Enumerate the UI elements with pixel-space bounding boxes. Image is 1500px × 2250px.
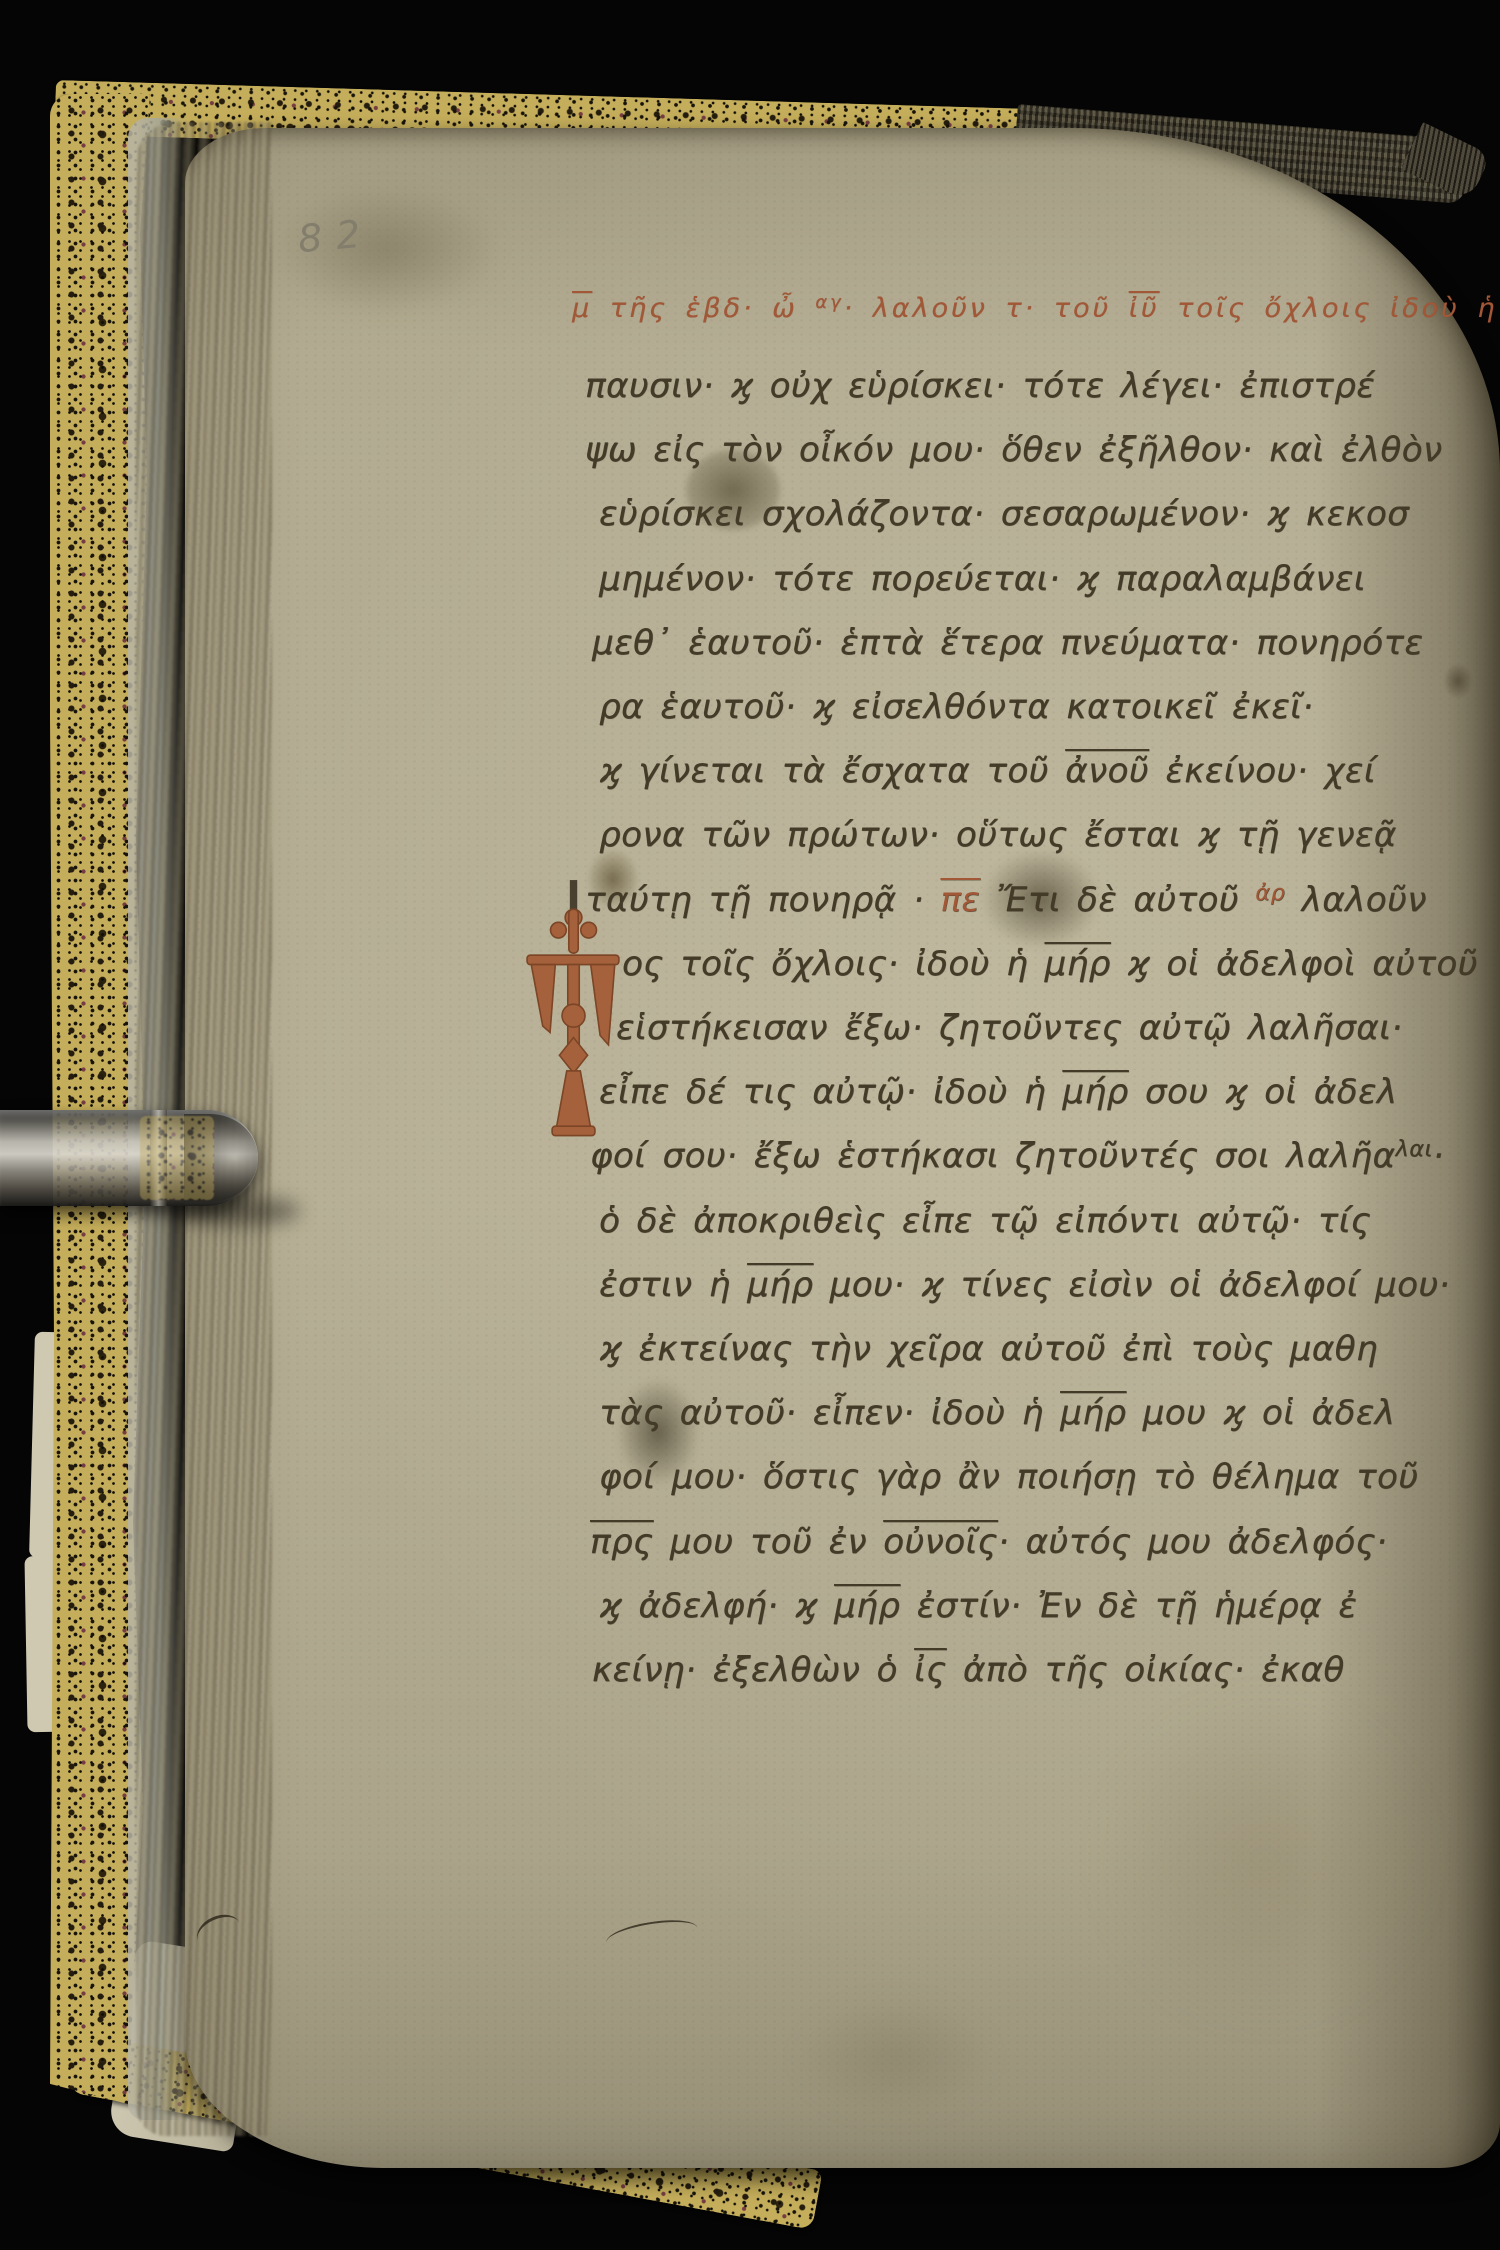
text-segment: λαι: [1395, 1136, 1432, 1162]
decorated-initial-psi: [520, 878, 626, 1170]
text-segment: φοί μου· ὅστις γὰρ ἂν ποιήσῃ τὸ θέλημα τ…: [599, 1457, 1418, 1497]
photo-backdrop: { "colors":{ "background":"#050505", "pa…: [0, 0, 1500, 2250]
manuscript-text-line: φοί σου· ἔξω ἑστήκασι ζητοῦντές σοι λαλῆ…: [590, 1136, 1444, 1176]
text-segment: μήρ: [747, 1265, 813, 1305]
manuscript-text-line: ταύτῃ τῇ πονηρᾷ · πε Ἔτι δὲ αὐτοῦ ἀρ λαλ…: [585, 880, 1427, 920]
text-segment: ϗ ἐκτείνας τὴν χεῖρα αὐτοῦ ἐπὶ τοὺς μαθη: [599, 1329, 1378, 1369]
text-segment: κείνῃ· ἐξελθὼν ὁ: [592, 1650, 914, 1690]
text-segment: ρονα τῶν πρώτων· οὕτως ἔσται ϗ τῇ γενεᾷ: [599, 815, 1397, 855]
text-segment: · αὐτός μου ἀδελφός·: [998, 1522, 1387, 1562]
text-segment: οὐνοῖς: [883, 1522, 998, 1562]
initial-body: [527, 955, 619, 1135]
text-segment: ϗ οἱ ἀδελφοὶ αὐτοῦ: [1111, 944, 1478, 984]
manuscript-text-line: φοί μου· ὅστις γὰρ ἂν ποιήσῃ τὸ θέλημα τ…: [599, 1457, 1418, 1497]
manuscript-text-line: ψω εἰς τὸν οἶκόν μου· ὅθεν ἐξῆλθον· καὶ …: [585, 430, 1442, 470]
text-segment: μήρ: [1044, 944, 1110, 984]
text-segment: λαλοῦν: [1285, 880, 1426, 920]
manuscript-text-line: εἱστήκεισαν ἔξω· ζητοῦντες αὐτῷ λαλῆσαι·: [616, 1008, 1402, 1048]
text-segment: παυσιν· ϗ οὐχ εὑρίσκει· τότε λέγει· ἐπισ…: [585, 366, 1375, 406]
cross-finial-icon: [551, 880, 597, 953]
manuscript-text-line: εὑρίσκει σχολάζοντα· σεσαρωμένον· ϗ κεκο…: [599, 494, 1409, 534]
manuscript-text-line: παυσιν· ϗ οὐχ εὑρίσκει· τότε λέγει· ἐπισ…: [585, 366, 1375, 406]
manuscript-text-line: ϗ γίνεται τὰ ἔσχατα τοῦ ἀνοῦ ἐκείνου· χε…: [599, 751, 1376, 791]
text-segment: ἐστιν ἡ: [599, 1265, 747, 1305]
text-segment: Ἔτι δὲ αὐτοῦ: [980, 880, 1255, 920]
text-segment: φοί σου· ἔξω ἑστήκασι ζητοῦντές σοι λαλῆ…: [590, 1137, 1395, 1177]
manuscript-text-line: ϗ ἀδελφή· ϗ μήρ ἐστίν· Ἐν δὲ τῇ ἡμέρᾳ ἐ: [599, 1586, 1357, 1626]
text-segment: ταύτῃ τῇ πονηρᾷ ·: [585, 880, 940, 920]
manuscript-text-line: ος τοῖς ὄχλοις· ἰδοὺ ἡ μήρ ϗ οἱ ἀδελφοὶ …: [622, 944, 1478, 984]
text-segment: ὁ δὲ ἀποκριθεὶς εἶπε τῷ εἰπόντι αὐτῷ· τί…: [599, 1201, 1371, 1241]
text-segment: ἐκείνου· χεί: [1149, 751, 1376, 791]
text-segment: σου ϗ οἱ ἀδελ: [1129, 1072, 1398, 1112]
text-segment: ϗ γίνεται τὰ ἔσχατα τοῦ: [599, 751, 1065, 791]
text-segment: πρς: [590, 1522, 654, 1562]
manuscript-text-line: εἶπε δέ τις αὐτῷ· ἰδοὺ ἡ μήρ σου ϗ οἱ ἀδ…: [599, 1072, 1397, 1112]
text-segment: μήρ: [1062, 1072, 1128, 1112]
text-segment: ἰς: [914, 1650, 946, 1690]
manuscript-text-line: ρα ἑαυτοῦ· ϗ εἰσελθόντα κατοικεῖ ἐκεῖ·: [599, 687, 1313, 727]
text-segment: ρα ἑαυτοῦ· ϗ εἰσελθόντα κατοικεῖ ἐκεῖ·: [599, 687, 1313, 727]
manuscript-text-line: ρονα τῶν πρώτων· οὕτως ἔσται ϗ τῇ γενεᾷ: [599, 815, 1397, 855]
text-segment: εἱστήκεισαν ἔξω· ζητοῦντες αὐτῷ λαλῆσαι·: [616, 1008, 1402, 1048]
text-segment: ἀπὸ τῆς οἰκίας· ἐκαθ: [947, 1650, 1345, 1690]
text-segment: ·: [1433, 1137, 1444, 1177]
text-segment: εὑρίσκει σχολάζοντα· σεσαρωμένον· ϗ κεκο…: [599, 494, 1409, 534]
manuscript-text-line: ϗ ἐκτείνας τὴν χεῖρα αὐτοῦ ἐπὶ τοὺς μαθη: [599, 1329, 1378, 1369]
text-segment: μου τοῦ ἐν: [654, 1522, 884, 1562]
text-segment: τὰς αὐτοῦ· εἶπεν· ἰδοὺ ἡ: [599, 1393, 1060, 1433]
text-segment: ψω εἰς τὸν οἶκόν μου· ὅθεν ἐξῆλθον· καὶ …: [585, 430, 1442, 470]
text-segment: μου ϗ οἱ ἀδελ: [1126, 1393, 1395, 1433]
manuscript-text-line: μεθ᾽ ἑαυτοῦ· ἑπτὰ ἕτερα πνεύματα· πονηρό…: [592, 623, 1423, 663]
text-segment: εἶπε δέ τις αὐτῷ· ἰδοὺ ἡ: [599, 1072, 1062, 1112]
manuscript-text-line: ἐστιν ἡ μήρ μου· ϗ τίνες εἰσὶν οἱ ἀδελφο…: [599, 1265, 1450, 1305]
glass-rod-weight: [0, 1110, 258, 1206]
text-segment: μου· ϗ τίνες εἰσὶν οἱ ἀδελφοί μου·: [813, 1265, 1450, 1305]
manuscript-text-line: μημένον· τότε πορεύεται· ϗ παραλαμβάνει: [599, 559, 1366, 599]
text-segment: ἐστίν· Ἐν δὲ τῇ ἡμέρᾳ ἐ: [900, 1586, 1357, 1626]
text-segment: μήρ: [834, 1586, 900, 1626]
text-segment: ἀρ: [1255, 880, 1285, 906]
text-segment: ἀνοῦ: [1065, 751, 1149, 791]
glass-rod-refraction: [140, 1116, 214, 1200]
manuscript-text-line: πρς μου τοῦ ἐν οὐνοῖς· αὐτός μου ἀδελφός…: [590, 1522, 1387, 1562]
text-segment: μεθ᾽ ἑαυτοῦ· ἑπτὰ ἕτερα πνεύματα· πονηρό…: [592, 623, 1423, 663]
text-segment: μήρ: [1060, 1393, 1126, 1433]
manuscript-text-line: τὰς αὐτοῦ· εἶπεν· ἰδοὺ ἡ μήρ μου ϗ οἱ ἀδ…: [599, 1393, 1395, 1433]
manuscript-text-line: ὁ δὲ ἀποκριθεὶς εἶπε τῷ εἰπόντι αὐτῷ· τί…: [599, 1201, 1371, 1241]
text-segment: πε: [940, 880, 980, 920]
text-segment: μημένον· τότε πορεύεται· ϗ παραλαμβάνει: [599, 559, 1366, 599]
text-segment: ος τοῖς ὄχλοις· ἰδοὺ ἡ: [622, 944, 1044, 984]
manuscript-text-line: κείνῃ· ἐξελθὼν ὁ ἰς ἀπὸ τῆς οἰκίας· ἐκαθ: [592, 1650, 1345, 1690]
text-segment: ϗ ἀδελφή· ϗ: [599, 1586, 834, 1626]
